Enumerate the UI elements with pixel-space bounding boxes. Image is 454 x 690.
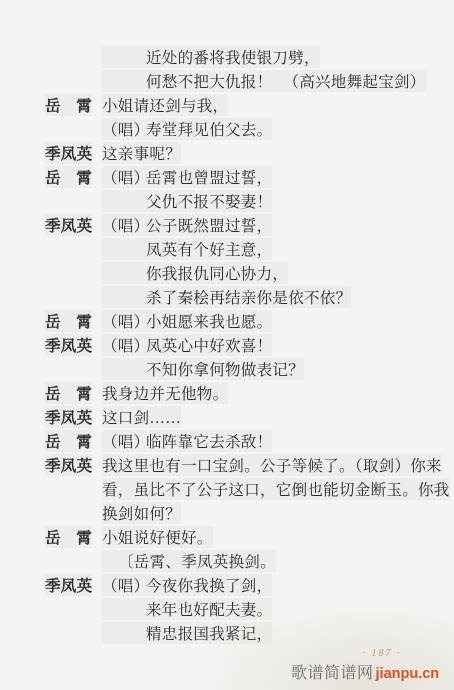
script-line: 岳霄小姐说好便好。: [45, 525, 450, 549]
watermark-site-name: 歌谱简谱网: [291, 660, 374, 683]
line-text: 来年也好配夫妻。: [146, 602, 272, 619]
script-line: 父仇不报不娶妻！: [45, 189, 450, 213]
script-line: 季凤英这口剑……: [45, 405, 450, 429]
sing-tag: （唱）: [102, 310, 146, 332]
line-content: 你我报仇同心协力，: [102, 262, 288, 284]
script-line: 凤英有个好主意，: [45, 237, 450, 261]
script-line: 季凤英这亲事呢？: [45, 141, 450, 165]
line-text: 小姐说好便好。: [102, 530, 213, 547]
line-content: （唱）寿堂拜见伯父去。: [102, 118, 272, 140]
speaker-name: 岳霄: [45, 382, 92, 404]
speaker-name: 岳霄: [45, 526, 92, 548]
script-line: 岳霄（唱）临阵靠它去杀敌！: [45, 429, 450, 453]
line-text: 凤英心中好欢喜！: [146, 338, 272, 355]
line-text: 〔岳霄、季凤英换剑。: [118, 554, 276, 571]
line-content: 近处的番将我使银刀劈，: [102, 46, 320, 68]
line-content: 看，虽比不了公子这口，它倒也能切金断玉。你我: [102, 478, 450, 500]
script-line: 你我报仇同心协力，: [45, 261, 450, 285]
speaker-name: 岳霄: [45, 166, 92, 188]
script-line: 看，虽比不了公子这口，它倒也能切金断玉。你我: [45, 477, 450, 501]
page-number-decor-right: ·: [397, 648, 402, 659]
line-text: 公子既然盟过誓，: [146, 218, 272, 235]
script-line: 岳霄小姐请还剑与我，: [45, 93, 450, 117]
line-content: 换剑如何？: [102, 502, 181, 524]
line-content: 这口剑……: [102, 406, 181, 428]
line-content: （唱）今夜你我换了剑，: [102, 574, 272, 596]
script-line: 岳霄（唱）小姐愿来我也愿。: [45, 309, 450, 333]
speaker-name: 岳霄: [45, 94, 92, 116]
line-content: 父仇不报不娶妻！: [102, 190, 272, 212]
speaker-name: 季凤英: [45, 406, 92, 428]
line-content: 何愁不把大仇报！（高兴地舞起宝剑）: [102, 70, 426, 92]
line-content: （唱）岳霄也曾盟过誓，: [102, 166, 272, 188]
line-content: （唱）凤英心中好欢喜！: [102, 334, 272, 356]
watermark: 歌谱简谱网 jianpu.cn: [291, 660, 439, 683]
line-text: 寿堂拜见伯父去。: [146, 122, 272, 139]
script-line: 精忠报国我紧记，: [45, 621, 450, 645]
script-line: 季凤英我这里也有一口宝剑。公子等候了。（取剑）你来: [45, 453, 450, 477]
speaker-name: 季凤英: [45, 574, 92, 596]
sing-tag: （唱）: [102, 334, 146, 356]
script-line: 季凤英（唱）凤英心中好欢喜！: [45, 333, 450, 357]
line-content: 小姐说好便好。: [102, 526, 213, 548]
line-content: （唱）小姐愿来我也愿。: [102, 310, 272, 332]
line-text: 杀了秦桧再结亲你是依不依？: [146, 290, 351, 307]
line-content: 这亲事呢？: [102, 142, 181, 164]
page-number-decor-left: ·: [363, 648, 368, 659]
script-line: 季凤英（唱）公子既然盟过誓，: [45, 213, 450, 237]
line-content: 凤英有个好主意，: [102, 238, 272, 260]
sing-tag: （唱）: [102, 574, 146, 596]
script-line: （唱）寿堂拜见伯父去。: [45, 117, 450, 141]
line-text: 我身边并无他物。: [102, 386, 228, 403]
line-text: 不知你拿何物做表记？: [146, 362, 304, 379]
line-content: 杀了秦桧再结亲你是依不依？: [102, 286, 351, 308]
line-content: 我身边并无他物。: [102, 382, 228, 404]
script-line: 来年也好配夫妻。: [45, 597, 450, 621]
sing-tag: （唱）: [102, 166, 146, 188]
line-text: 临阵靠它去杀敌！: [146, 434, 272, 451]
line-text: 何愁不把大仇报！: [146, 74, 272, 91]
line-text: 这口剑……: [102, 410, 181, 427]
line-text: 小姐请还剑与我，: [102, 98, 228, 115]
speaker-name: 季凤英: [45, 334, 92, 356]
line-text: 小姐愿来我也愿。: [146, 314, 272, 331]
line-content: （唱）公子既然盟过誓，: [102, 214, 272, 236]
sing-tag: （唱）: [102, 430, 146, 452]
page-number: · 187 ·: [350, 648, 414, 659]
script-line: 杀了秦桧再结亲你是依不依？: [45, 285, 450, 309]
line-content: 来年也好配夫妻。: [102, 598, 272, 620]
line-text: 这亲事呢？: [102, 146, 181, 163]
script-line: 近处的番将我使银刀劈，: [45, 45, 450, 69]
sing-tag: （唱）: [102, 118, 146, 140]
line-content: 不知你拿何物做表记？: [102, 358, 304, 380]
line-text: 换剑如何？: [102, 506, 181, 523]
line-text: 父仇不报不娶妻！: [146, 194, 272, 211]
line-content: 精忠报国我紧记，: [102, 622, 272, 644]
speaker-name: 季凤英: [45, 214, 92, 236]
speaker-name: 岳霄: [45, 430, 92, 452]
sing-tag: （唱）: [102, 214, 146, 236]
script-line: 〔岳霄、季凤英换剑。: [45, 549, 450, 573]
line-content: 我这里也有一口宝剑。公子等候了。（取剑）你来: [102, 454, 442, 476]
script-text-block: 近处的番将我使银刀劈，何愁不把大仇报！（高兴地舞起宝剑）岳霄小姐请还剑与我，（唱…: [45, 45, 450, 645]
script-line: 换剑如何？: [45, 501, 450, 525]
stage-direction: （高兴地舞起宝剑）: [283, 74, 425, 91]
script-line: 岳霄我身边并无他物。: [45, 381, 450, 405]
page-number-value: 187: [372, 648, 393, 659]
speaker-name: 季凤英: [45, 142, 92, 164]
script-line: 季凤英（唱）今夜你我换了剑，: [45, 573, 450, 597]
line-text: 岳霄也曾盟过誓，: [146, 170, 272, 187]
line-content: （唱）临阵靠它去杀敌！: [102, 430, 272, 452]
line-text: 你我报仇同心协力，: [146, 266, 288, 283]
line-text: 今夜你我换了剑，: [146, 578, 272, 595]
speaker-name: 季凤英: [45, 454, 92, 476]
line-text: 精忠报国我紧记，: [146, 626, 272, 643]
script-line: 岳霄（唱）岳霄也曾盟过誓，: [45, 165, 450, 189]
line-content: 〔岳霄、季凤英换剑。: [102, 550, 276, 572]
line-text: 我这里也有一口宝剑。公子等候了。（取剑）你来: [102, 458, 442, 475]
line-text: 近处的番将我使银刀劈，: [146, 50, 320, 67]
speaker-name: 岳霄: [45, 310, 92, 332]
line-text: 看，虽比不了公子这口，它倒也能切金断玉。你我: [102, 482, 450, 499]
script-line: 何愁不把大仇报！（高兴地舞起宝剑）: [45, 69, 450, 93]
line-content: 小姐请还剑与我，: [102, 94, 228, 116]
line-text: 凤英有个好主意，: [146, 242, 272, 259]
watermark-domain: jianpu.cn: [376, 666, 440, 682]
script-line: 不知你拿何物做表记？: [45, 357, 450, 381]
